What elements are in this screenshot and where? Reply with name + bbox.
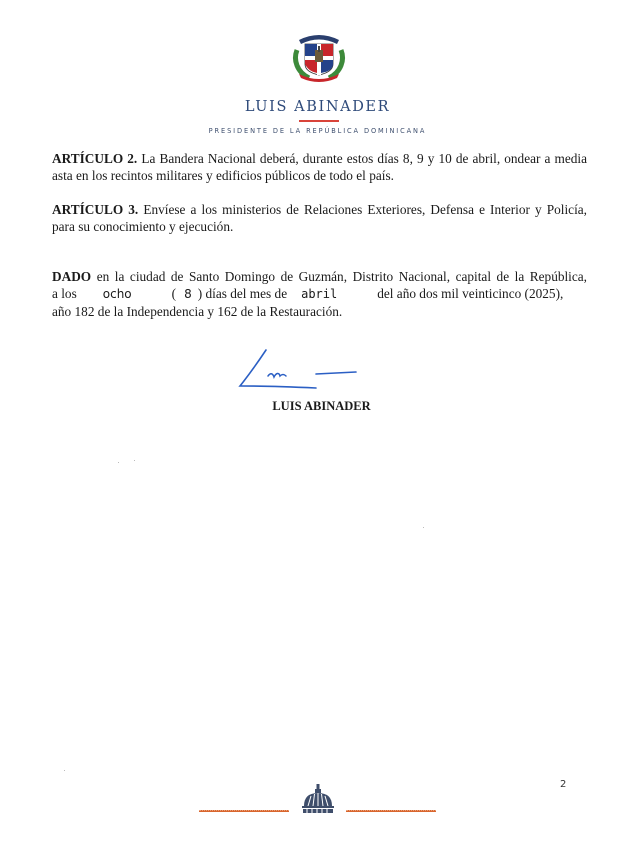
page-number: 2 bbox=[560, 779, 566, 790]
dado-label: DADO bbox=[52, 269, 91, 284]
handwritten-signature bbox=[238, 346, 358, 392]
article-2: ARTÍCULO 2. La Bandera Nacional deberá, … bbox=[52, 150, 587, 184]
article-3: ARTÍCULO 3. Envíese a los ministerios de… bbox=[52, 201, 587, 235]
dado-line-1: en la ciudad de Santo Domingo de Guzmán,… bbox=[97, 269, 587, 284]
article-2-text-line-2: asta en los recintos militares y edifici… bbox=[52, 167, 587, 184]
dado-clause: DADO en la ciudad de Santo Domingo de Gu… bbox=[52, 268, 587, 320]
day-in-words: ocho bbox=[103, 286, 132, 303]
article-2-text-line-1: La Bandera Nacional deberá, durante esto… bbox=[141, 151, 587, 166]
month: abril bbox=[301, 287, 337, 301]
day-open-paren: ( bbox=[172, 286, 176, 301]
dado-mid: días del mes de bbox=[205, 286, 287, 301]
article-3-text-line-1: Envíese a los ministerios de Relaciones … bbox=[143, 202, 587, 217]
scan-speck bbox=[118, 462, 119, 463]
article-3-text-line-2: para su conocimiento y ejecución. bbox=[52, 218, 587, 235]
national-palace-dome-icon bbox=[300, 784, 336, 814]
day-number: 8 bbox=[184, 286, 192, 303]
letterhead-divider bbox=[299, 120, 339, 122]
article-3-label: ARTÍCULO 3. bbox=[52, 202, 138, 217]
footer-rule-left bbox=[199, 810, 289, 812]
letterhead-subtitle: PRESIDENTE DE LA REPÚBLICA DOMINICANA bbox=[0, 127, 635, 135]
scan-speck bbox=[423, 527, 424, 528]
footer-rule-right bbox=[346, 810, 436, 812]
scan-speck bbox=[64, 770, 65, 771]
dado-line-3: año 182 de la Independencia y 162 de la … bbox=[52, 303, 587, 320]
dado-suffix: del año dos mil veinticinco (2025), bbox=[377, 286, 563, 301]
dado-prefix: a los bbox=[52, 286, 77, 301]
coat-of-arms-icon bbox=[291, 28, 347, 84]
day-close-paren: ) bbox=[198, 286, 202, 301]
letterhead-name: LUIS ABINADER bbox=[0, 99, 635, 115]
scan-speck bbox=[134, 460, 135, 461]
article-2-label: ARTÍCULO 2. bbox=[52, 151, 137, 166]
signatory-name: LUIS ABINADER bbox=[0, 399, 635, 414]
